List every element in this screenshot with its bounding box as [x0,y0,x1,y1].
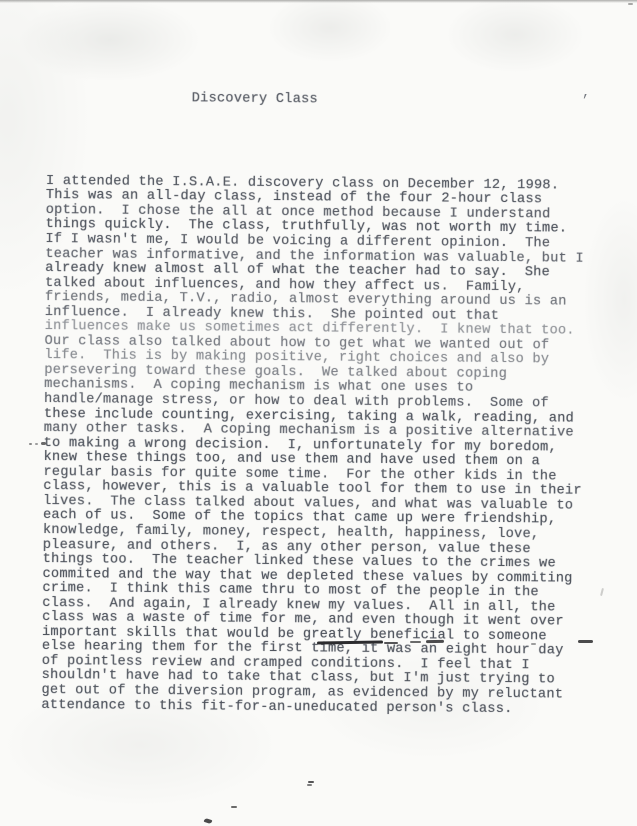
pen-dash-mark-2 [426,640,444,643]
scan-speck-1a [308,781,314,783]
title-spacer [46,135,585,151]
margin-speck-2 [35,443,38,445]
pen-dash-mark-1 [410,641,421,643]
scan-speck-3 [204,818,213,824]
margin-speck-1 [29,443,32,445]
scan-speck-right-tick [600,588,604,596]
document-body: I attended the I.S.A.E. discovery class … [41,175,584,718]
scan-speck-corner [628,3,633,5]
pen-dash-mark-3 [578,640,593,643]
margin-speck-3 [41,442,46,445]
stray-comma-mark: , [582,86,590,101]
pen-dash-speck [531,643,536,645]
scan-edge-shadow [0,0,637,3]
typed-text-block: Discovery Class I attended the I.S.A.E. … [41,62,585,747]
document-title: Discovery Class [47,91,586,110]
scan-speck-1b [307,784,312,786]
text-line: attendance to this fit-for-an-uneducated… [41,698,580,717]
pen-strike-line-tail [384,642,398,644]
scan-speck-2 [231,806,237,808]
scanned-document-page: Discovery Class I attended the I.S.A.E. … [0,0,637,826]
